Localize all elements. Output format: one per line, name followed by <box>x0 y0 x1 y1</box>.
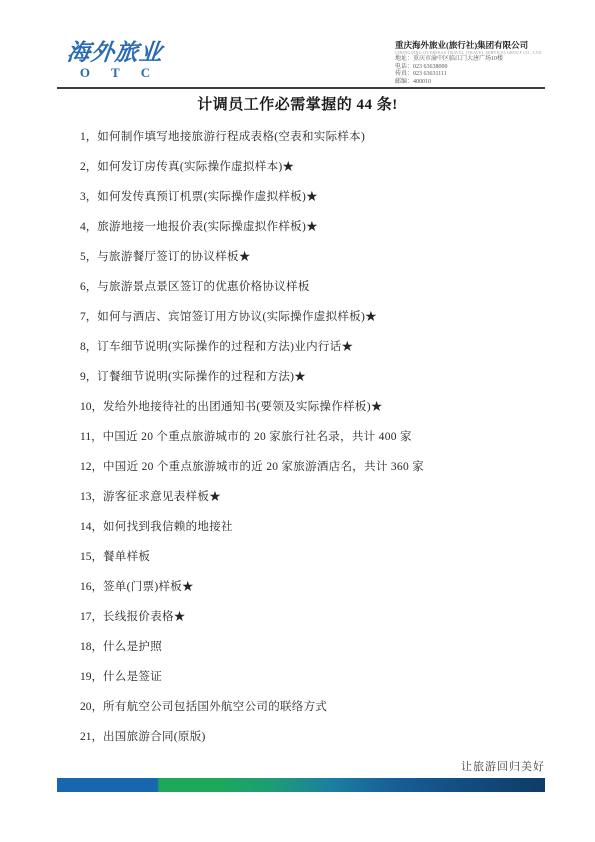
footer-color-bar <box>57 778 545 792</box>
list-item: 19，什么是签证 <box>80 670 540 700</box>
list-item: 4，旅游地接一地报价表(实际操虚拟作样板)★ <box>80 220 540 250</box>
item-text: 发给外地接待社的出团通知书(要领及实际操作样板)★ <box>103 401 383 413</box>
item-text: 餐单样板 <box>103 551 150 563</box>
item-text: 游客征求意见表样板★ <box>103 491 221 503</box>
list-item: 3，如何发传真预订机票(实际操作虚拟样板)★ <box>80 190 540 220</box>
company-zip: 邮编：400010 <box>395 79 545 87</box>
item-text: 如何发订房传真(实际操作虚拟样本)★ <box>97 161 294 173</box>
page-header: 海外旅业 O T C 重庆海外旅业(旅行社)集团有限公司 CHONGQING O… <box>57 38 545 89</box>
item-number: 18， <box>80 640 103 654</box>
checklist: 1，如何制作填写地接旅游行程成表格(空表和实际样本) 2，如何发订房传真(实际操… <box>80 130 540 760</box>
list-item: 21，出国旅游合同(原版) <box>80 730 540 760</box>
list-item: 1，如何制作填写地接旅游行程成表格(空表和实际样本) <box>80 130 540 160</box>
item-number: 3， <box>80 190 97 204</box>
list-item: 8，订车细节说明(实际操作的过程和方法)业内行话★ <box>80 340 540 370</box>
item-number: 7， <box>80 310 97 324</box>
company-info-block: 重庆海外旅业(旅行社)集团有限公司 CHONGQING OVERSEAS TRA… <box>395 40 545 86</box>
item-text: 订餐细节说明(实际操作的过程和方法)★ <box>97 371 306 383</box>
item-text: 如何找到我信赖的地接社 <box>103 521 233 533</box>
list-item: 11，中国近 20 个重点旅游城市的 20 家旅行社名录，共计 400 家 <box>80 430 540 460</box>
company-fax: 传真：023 63631111 <box>395 71 545 79</box>
document-page: 海外旅业 O T C 重庆海外旅业(旅行社)集团有限公司 CHONGQING O… <box>0 0 595 842</box>
item-number: 15， <box>80 550 103 564</box>
company-address: 地址：重庆市渝中区临江门大唐广场10楼 <box>395 56 545 64</box>
list-item: 12，中国近 20 个重点旅游城市的近 20 家旅游酒店名，共计 360 家 <box>80 460 540 490</box>
list-item: 15，餐单样板 <box>80 550 540 580</box>
list-item: 5，与旅游餐厅签订的协议样板★ <box>80 250 540 280</box>
item-text: 所有航空公司包括国外航空公司的联络方式 <box>103 701 327 713</box>
footer-slogan: 让旅游回归美好 <box>461 758 545 774</box>
list-item: 6，与旅游景点景区签订的优惠价格协议样板 <box>80 280 540 310</box>
item-number: 12， <box>80 460 103 474</box>
item-number: 4， <box>80 220 97 234</box>
item-text: 旅游地接一地报价表(实际操虚拟作样板)★ <box>97 221 318 233</box>
item-text: 如何发传真预订机票(实际操作虚拟样板)★ <box>97 191 318 203</box>
item-number: 16， <box>80 580 103 594</box>
item-number: 17， <box>80 610 103 624</box>
list-item: 10，发给外地接待社的出团通知书(要领及实际操作样板)★ <box>80 400 540 430</box>
item-number: 20， <box>80 700 103 714</box>
company-name: 重庆海外旅业(旅行社)集团有限公司 <box>395 40 545 50</box>
item-text: 中国近 20 个重点旅游城市的 20 家旅行社名录，共计 400 家 <box>103 431 412 443</box>
item-text: 什么是签证 <box>103 671 162 683</box>
list-item: 13，游客征求意见表样板★ <box>80 490 540 520</box>
item-text: 如何与酒店、宾馆签订用方协议(实际操作虚拟样板)★ <box>97 311 377 323</box>
item-number: 19， <box>80 670 103 684</box>
list-item: 18，什么是护照 <box>80 640 540 670</box>
item-text: 中国近 20 个重点旅游城市的近 20 家旅游酒店名，共计 360 家 <box>103 461 424 473</box>
item-number: 21， <box>80 730 103 744</box>
item-text: 什么是护照 <box>103 641 162 653</box>
logo-brand-cn: 海外旅业 <box>59 40 172 66</box>
item-number: 14， <box>80 520 103 534</box>
item-number: 11， <box>80 430 103 444</box>
item-number: 13， <box>80 490 103 504</box>
company-phone: 电话：023 63638000 <box>395 64 545 72</box>
item-text: 如何制作填写地接旅游行程成表格(空表和实际样本) <box>97 131 365 143</box>
list-item: 17，长线报价表格★ <box>80 610 540 640</box>
item-number: 10， <box>80 400 103 414</box>
item-text: 与旅游景点景区签订的优惠价格协议样板 <box>97 281 309 293</box>
list-item: 2，如何发订房传真(实际操作虚拟样本)★ <box>80 160 540 190</box>
list-item: 7，如何与酒店、宾馆签订用方协议(实际操作虚拟样板)★ <box>80 310 540 340</box>
item-number: 5， <box>80 250 97 264</box>
item-number: 1， <box>80 130 97 144</box>
list-item: 14，如何找到我信赖的地接社 <box>80 520 540 550</box>
item-text: 订车细节说明(实际操作的过程和方法)业内行话★ <box>97 341 353 353</box>
item-text: 与旅游餐厅签订的协议样板★ <box>97 251 250 263</box>
item-text: 签单(门票)样板★ <box>103 581 194 593</box>
list-item: 16，签单(门票)样板★ <box>80 580 540 610</box>
page-title: 计调员工作必需掌握的 44 条! <box>0 93 595 114</box>
item-text: 出国旅游合同(原版) <box>103 731 206 743</box>
item-number: 8， <box>80 340 97 354</box>
logo-brand-abbr: O T C <box>69 66 170 80</box>
item-number: 9， <box>80 370 97 384</box>
company-logo: 海外旅业 O T C <box>60 40 170 80</box>
list-item: 9，订餐细节说明(实际操作的过程和方法)★ <box>80 370 540 400</box>
item-number: 6， <box>80 280 97 294</box>
item-text: 长线报价表格★ <box>103 611 186 623</box>
list-item: 20，所有航空公司包括国外航空公司的联络方式 <box>80 700 540 730</box>
item-number: 2， <box>80 160 97 174</box>
